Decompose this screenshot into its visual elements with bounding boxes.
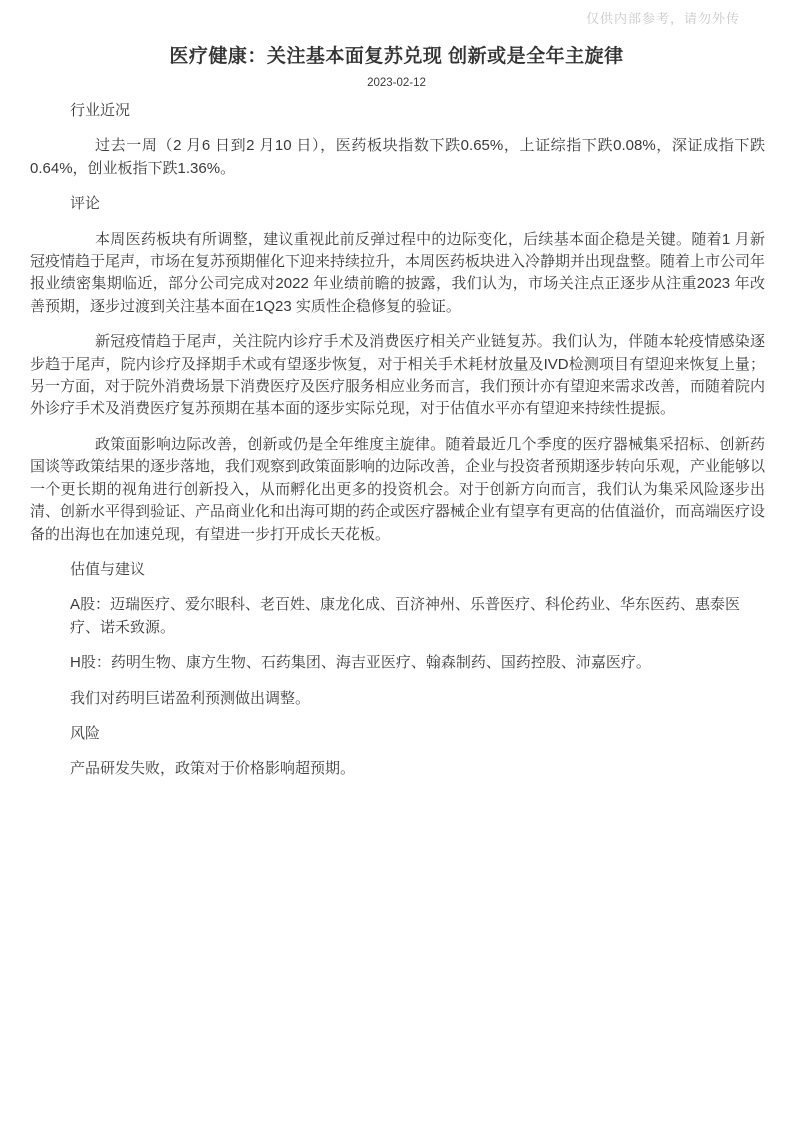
confidential-watermark: 仅供内部参考，请勿外传 [586,8,740,27]
paragraph-covid-recovery: 新冠疫情趋于尾声，关注院内诊疗手术及消费医疗相关产业链复苏。我们认为，伴随本轮疫… [30,331,765,421]
statement-a-share-picks: A股：迈瑞医疗、爱尔眼科、老百姓、康龙化成、百济神州、乐普医疗、科伦药业、华东医… [70,594,765,639]
statement-h-share-picks: H股：药明生物、康方生物、石药集团、海吉亚医疗、翰森制药、国药控股、沛嘉医疗。 [70,652,765,674]
report-page: 仅供内部参考，请勿外传 医疗健康：关注基本面复苏兑现 创新或是全年主旋律 202… [0,0,793,1122]
paragraph-policy-innovation: 政策面影响边际改善，创新或仍是全年维度主旋律。随着最近几个季度的医疗器械集采招标… [30,434,765,546]
statement-earnings-forecast-adjustment: 我们对药明巨诺盈利预测做出调整。 [70,688,765,710]
section-heading-comments: 评论 [70,193,765,215]
statement-risk-factors: 产品研发失败，政策对于价格影响超预期。 [70,758,765,780]
paragraph-sector-adjustment: 本周医药板块有所调整，建议重视此前反弹过程中的边际变化，后续基本面企稳是关键。随… [30,229,765,319]
report-date: 2023-02-12 [0,77,793,89]
section-heading-risks: 风险 [70,723,765,745]
section-heading-valuation-advice: 估值与建议 [70,559,765,581]
report-body: 行业近况 过去一周（2 月6 日到2 月10 日），医药板块指数下跌0.65%，… [30,100,765,781]
paragraph-weekly-index-performance: 过去一周（2 月6 日到2 月10 日），医药板块指数下跌0.65%，上证综指下… [30,135,765,180]
section-heading-industry-update: 行业近况 [70,100,765,122]
